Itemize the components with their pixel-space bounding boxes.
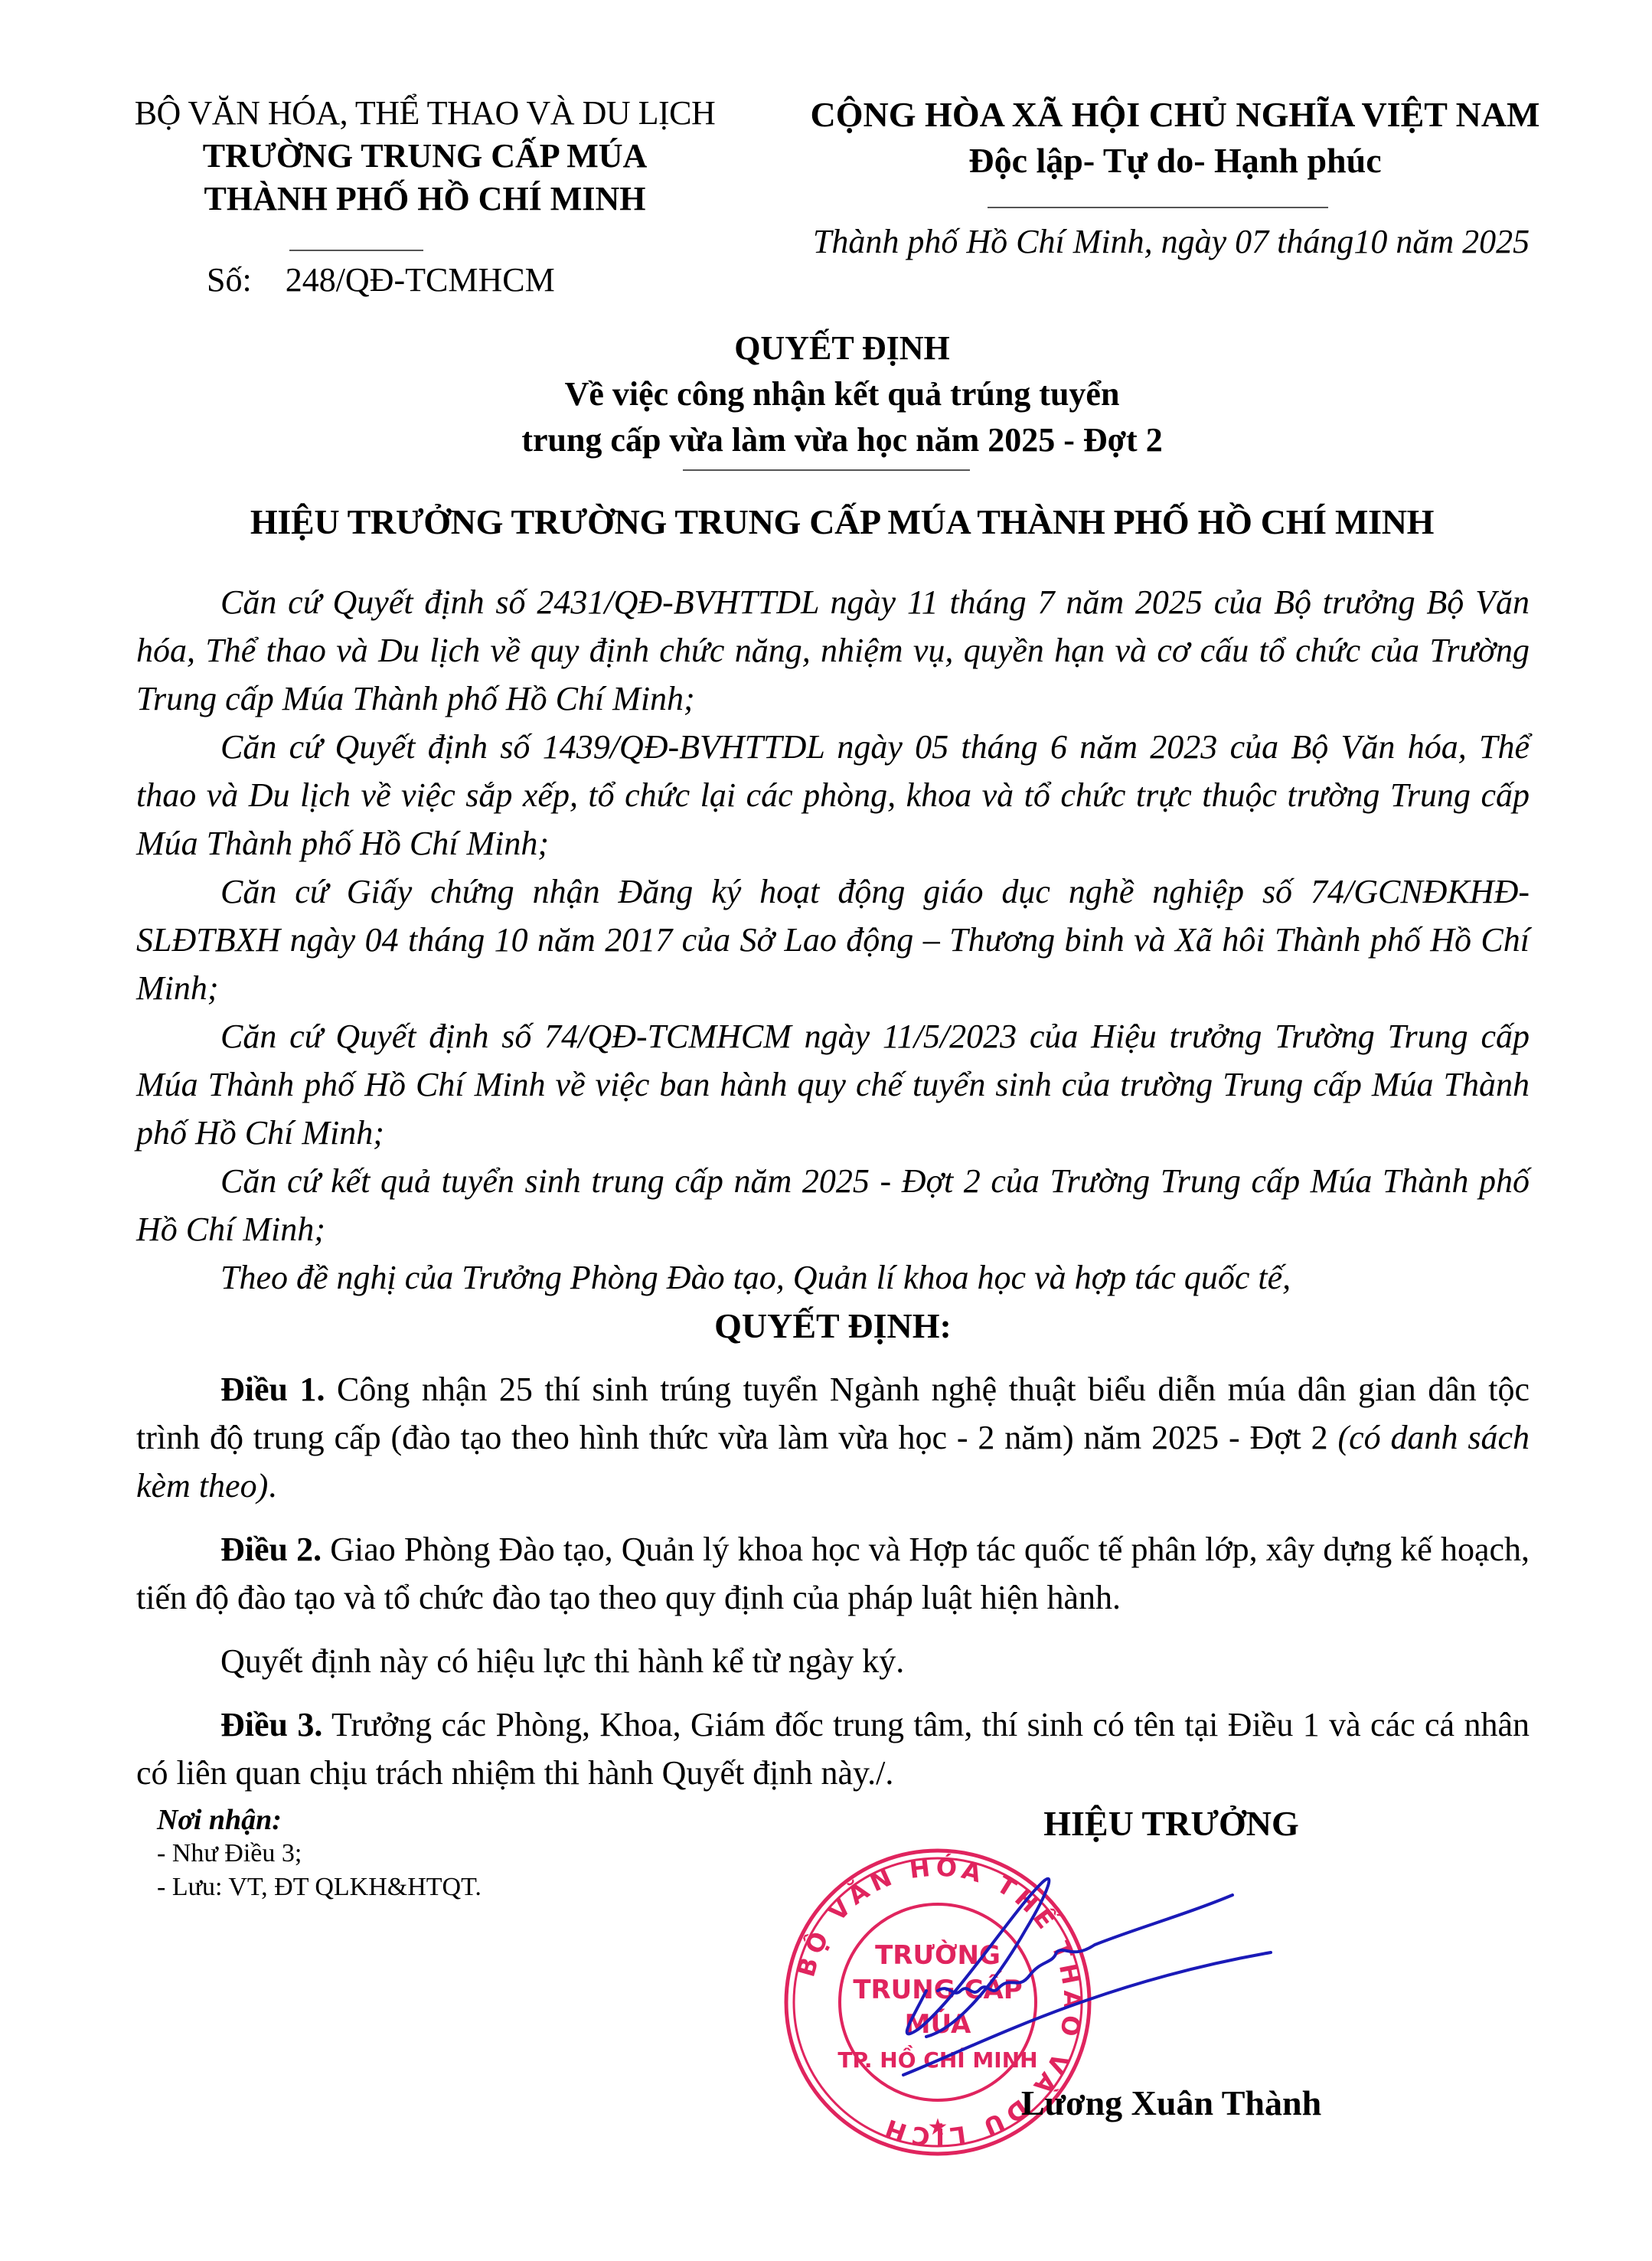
national-title: CỘNG HÒA XÃ HỘI CHỦ NGHĨA VIỆT NAM xyxy=(773,92,1577,138)
effective-clause: Quyết định này có hiệu lực thi hành kể t… xyxy=(136,1637,1530,1685)
school-name-line1: TRƯỜNG TRUNG CẤP MÚA xyxy=(100,135,750,178)
issuing-agency-block: BỘ VĂN HÓA, THỂ THAO VÀ DU LỊCH TRƯỜNG T… xyxy=(100,92,750,221)
recipients-block: Nơi nhận: - Như Điều 3; - Lưu: VT, ĐT QL… xyxy=(157,1803,482,1904)
number-value: 248/QĐ-TCMHCM xyxy=(286,261,555,299)
date-place-line: Thành phố Hồ Chí Minh, ngày 07 tháng10 n… xyxy=(766,222,1577,261)
recipient-item: - Như Điều 3; xyxy=(157,1837,482,1871)
legal-basis-5: Căn cứ kết quả tuyển sinh trung cấp năm … xyxy=(136,1157,1530,1253)
article-1: Điều 1. Công nhận 25 thí sinh trúng tuyể… xyxy=(136,1365,1530,1510)
national-header-block: CỘNG HÒA XÃ HỘI CHỦ NGHĨA VIỆT NAM Độc l… xyxy=(773,92,1577,184)
left-header-divider xyxy=(289,250,423,251)
article-2: Điều 2. Giao Phòng Đào tạo, Quản lý khoa… xyxy=(136,1525,1530,1622)
school-name-line2: THÀNH PHỐ HỒ CHÍ MINH xyxy=(100,178,750,221)
document-type: QUYẾT ĐỊNH xyxy=(153,325,1531,371)
document-body: Căn cứ Quyết định số 2431/QĐ-BVHTTDL ngà… xyxy=(136,578,1530,1797)
decision-title-block: QUYẾT ĐỊNH Về việc công nhận kết quả trú… xyxy=(153,325,1531,463)
document-number: Số: 248/QĐ-TCMHCM xyxy=(207,260,555,299)
number-label: Số: xyxy=(207,261,252,299)
signer-title: HIỆU TRƯỞNG xyxy=(903,1803,1439,1844)
national-motto: Độc lập- Tự do- Hạnh phúc xyxy=(773,138,1577,184)
subject-line1: Về việc công nhận kết quả trúng tuyển xyxy=(153,371,1531,417)
right-header-divider xyxy=(988,207,1328,208)
legal-basis-4: Căn cứ Quyết định số 74/QĐ-TCMHCM ngày 1… xyxy=(136,1012,1530,1157)
subject-line2: trung cấp vừa làm vừa học năm 2025 - Đợt… xyxy=(153,417,1531,463)
proposal-basis: Theo đề nghị của Trưởng Phòng Đào tạo, Q… xyxy=(136,1253,1530,1302)
title-divider xyxy=(683,469,970,471)
recipient-item: - Lưu: VT, ĐT QLKH&HTQT. xyxy=(157,1871,482,1904)
signer-name: Lương Xuân Thành xyxy=(903,2083,1439,2123)
article-3-text: Trưởng các Phòng, Khoa, Giám đốc trung t… xyxy=(136,1706,1530,1792)
article-3-label: Điều 3. xyxy=(220,1706,322,1743)
article-3: Điều 3. Trưởng các Phòng, Khoa, Giám đốc… xyxy=(136,1701,1530,1797)
issuing-authority: HIỆU TRƯỞNG TRƯỜNG TRUNG CẤP MÚA THÀNH P… xyxy=(115,502,1569,542)
legal-basis-3: Căn cứ Giấy chứng nhận Đăng ký hoạt động… xyxy=(136,867,1530,1012)
article-2-text: Giao Phòng Đào tạo, Quản lý khoa học và … xyxy=(136,1531,1530,1616)
article-2-label: Điều 2. xyxy=(220,1531,322,1568)
article-1-text: Công nhận 25 thí sinh trúng tuyển Ngành … xyxy=(136,1371,1530,1456)
recipients-heading: Nơi nhận: xyxy=(157,1803,482,1837)
handwritten-signature-icon xyxy=(865,1853,1340,2098)
article-1-label: Điều 1. xyxy=(220,1371,325,1408)
article-1-tail: . xyxy=(268,1467,276,1505)
ministry-name: BỘ VĂN HÓA, THỂ THAO VÀ DU LỊCH xyxy=(100,92,750,135)
legal-basis-2: Căn cứ Quyết định số 1439/QĐ-BVHTTDL ngà… xyxy=(136,723,1530,867)
decision-heading: QUYẾT ĐỊNH: xyxy=(136,1302,1530,1350)
legal-basis-1: Căn cứ Quyết định số 2431/QĐ-BVHTTDL ngà… xyxy=(136,578,1530,723)
